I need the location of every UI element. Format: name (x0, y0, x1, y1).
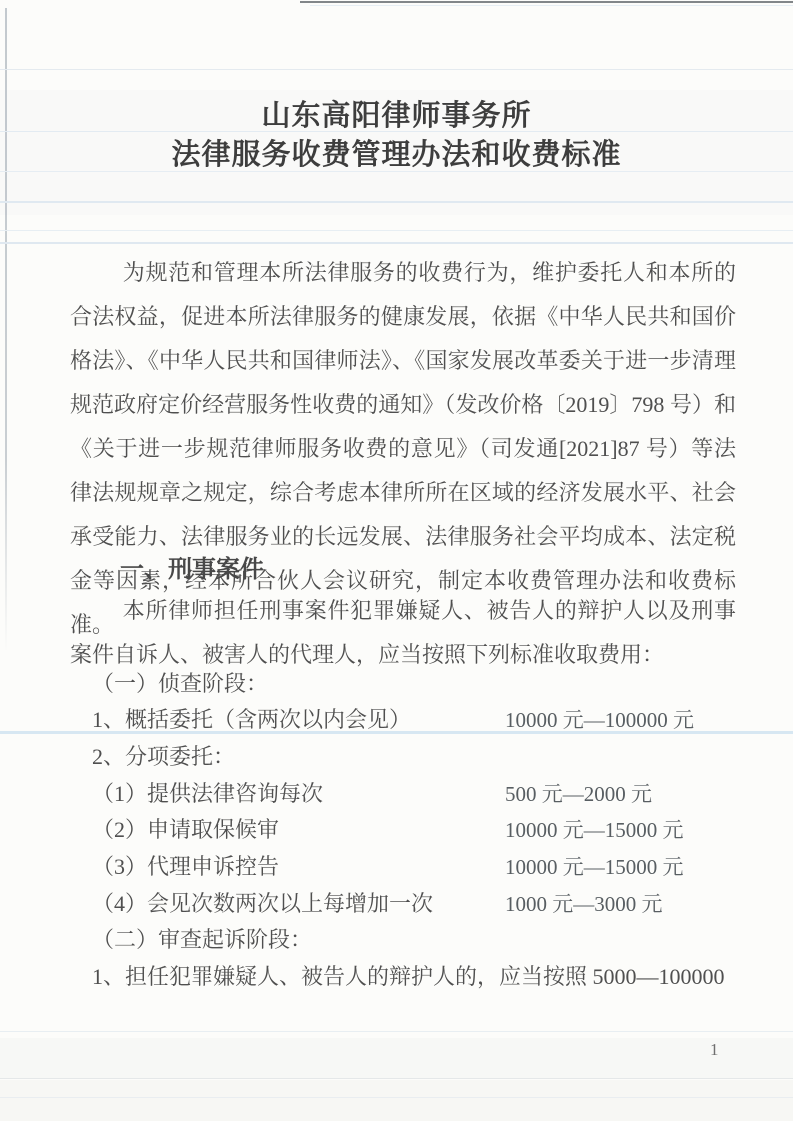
section-1-intro: 本所律师担任刑事案件犯罪嫌疑人、被告人的辩护人以及刑事案件自诉人、被害人的代理人… (70, 589, 736, 677)
title-line-2: 法律服务收费管理办法和收费标准 (0, 136, 793, 175)
ruled-line (0, 242, 793, 244)
fee-item-amount: 10000 元—100000 元 (505, 702, 694, 739)
ruled-line (310, 5, 793, 6)
fee-item-amount: 10000 元—15000 元 (505, 849, 684, 886)
stage-2-heading: （二）审查起诉阶段： (70, 922, 770, 959)
fee-item-label: 1、担任犯罪嫌疑人、被告人的辩护人的，应当按照 5000—100000 (92, 964, 725, 989)
fee-item-amount: 10000 元—15000 元 (505, 812, 684, 849)
fee-item-amount: 1000 元—3000 元 (505, 886, 663, 923)
fee-item-label: 2、分项委托： (92, 744, 235, 769)
scan-texture-band (0, 1038, 793, 1078)
ruled-line (0, 69, 793, 70)
fee-item-label: （3）代理申诉控告 (92, 854, 279, 879)
fee-item-label: 1、概括委托（含两次以内会见） (92, 707, 411, 732)
fee-item-label: （2）申请取保候审 (92, 817, 279, 842)
fee-row: （3）代理申诉控告 10000 元—15000 元 (70, 849, 770, 886)
document-page: 山东高阳律师事务所 法律服务收费管理办法和收费标准 为规范和管理本所法律服务的收… (0, 0, 793, 1121)
document-title: 山东高阳律师事务所 法律服务收费管理办法和收费标准 (0, 97, 793, 175)
fee-row: （2）申请取保候审 10000 元—15000 元 (70, 812, 770, 849)
stage-2-item: 1、担任犯罪嫌疑人、被告人的辩护人的，应当按照 5000—100000 (70, 959, 770, 996)
ruled-line (0, 1097, 793, 1098)
fee-row: （4）会见次数两次以上每增加一次 1000 元—3000 元 (70, 886, 770, 923)
scan-bottom-band (0, 1080, 793, 1121)
intro-paragraph: 为规范和管理本所法律服务的收费行为，维护委托人和本所的合法权益，促进本所法律服务… (70, 251, 736, 647)
fee-row: 1、概括委托（含两次以内会见） 10000 元—100000 元 (70, 702, 770, 739)
title-line-1: 山东高阳律师事务所 (0, 97, 793, 136)
fee-item-amount: 500 元—2000 元 (505, 776, 652, 813)
scan-top-edge-line (300, 1, 793, 3)
stage-1-heading: （一）侦查阶段： (70, 666, 770, 703)
stage-heading-label: （一）侦查阶段： (92, 671, 268, 696)
page-number: 1 (710, 1040, 719, 1060)
fee-list: （一）侦查阶段： 1、概括委托（含两次以内会见） 10000 元—100000 … (70, 666, 770, 996)
ruled-line (0, 1078, 793, 1079)
fee-row: 2、分项委托： (70, 739, 770, 776)
stage-heading-label: （二）审查起诉阶段： (92, 927, 312, 952)
ruled-line (0, 201, 793, 203)
section-1-heading: 一、刑事案件 (120, 555, 264, 585)
fee-item-label: （4）会见次数两次以上每增加一次 (92, 891, 433, 916)
ruled-line (0, 1031, 793, 1032)
fee-row: （1）提供法律咨询每次 500 元—2000 元 (70, 776, 770, 813)
fee-item-label: （1）提供法律咨询每次 (92, 781, 323, 806)
ruled-line (0, 230, 793, 231)
